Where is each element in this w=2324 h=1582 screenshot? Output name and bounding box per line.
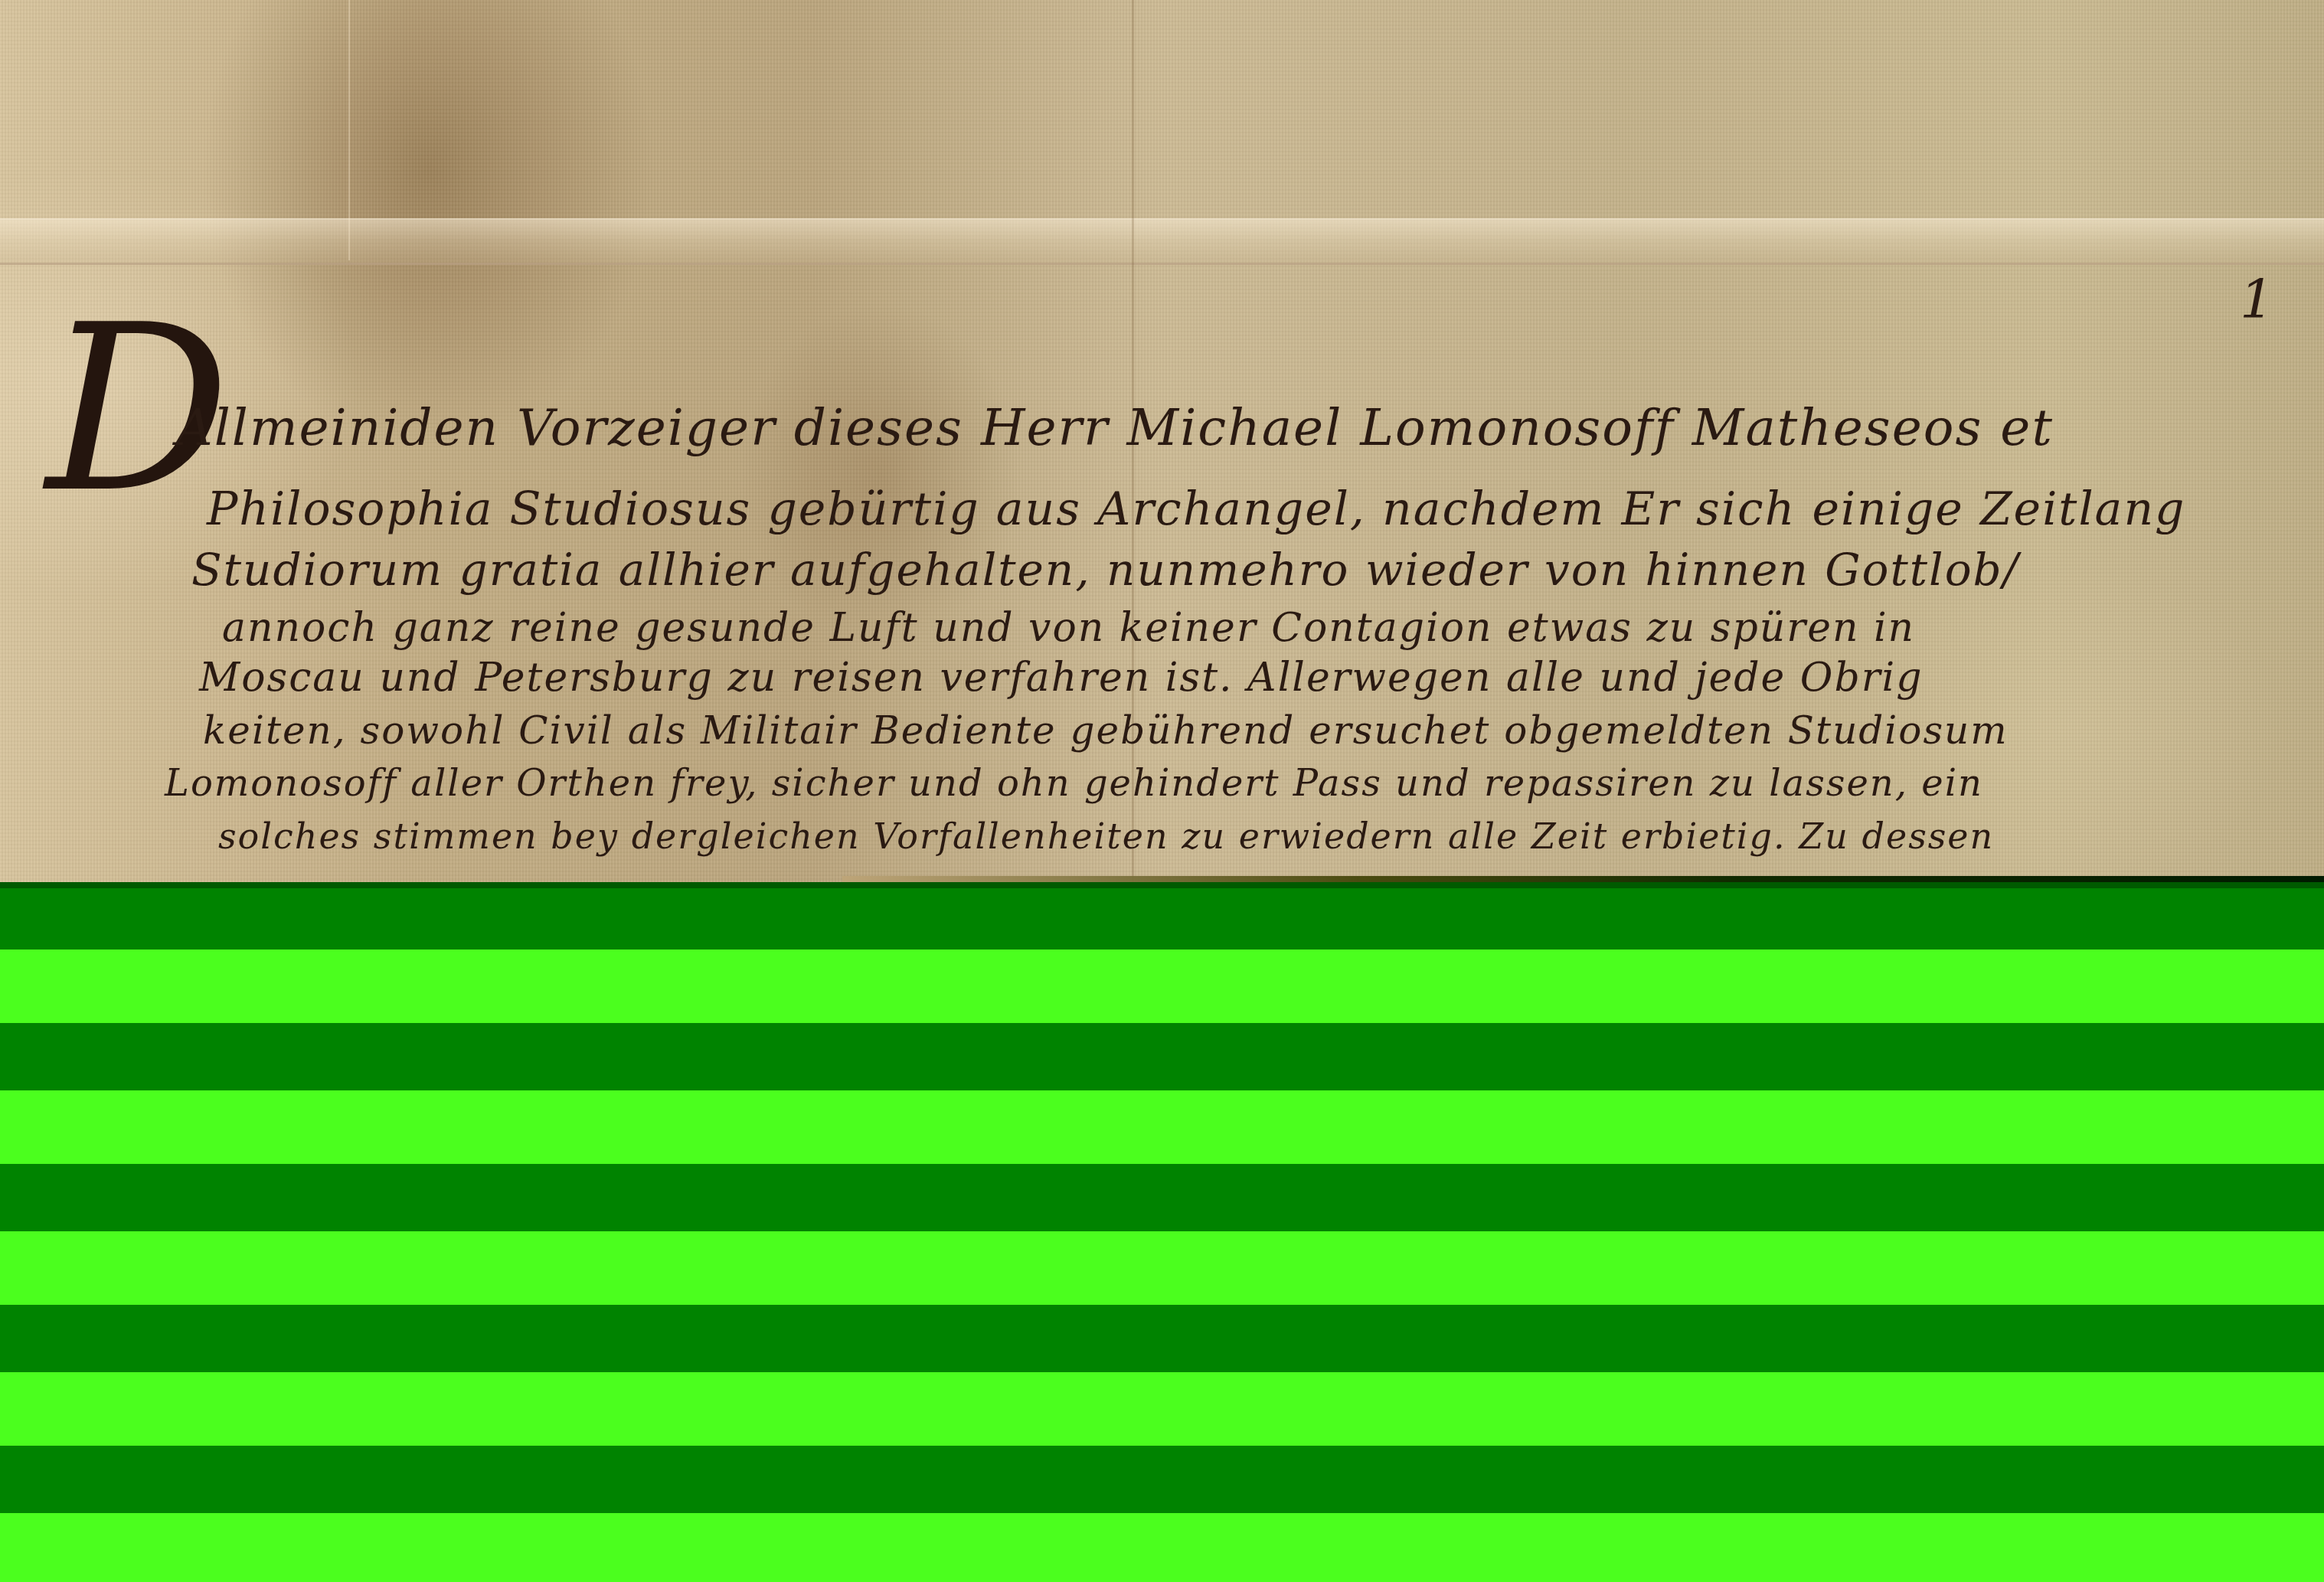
vertical-crease-left: [348, 0, 350, 260]
green-stripe-overlay: [0, 882, 2324, 1582]
stripe-dark-5: [0, 1446, 2324, 1513]
stripe-dark-1: [0, 888, 2324, 950]
stripe-dark-4: [0, 1305, 2324, 1372]
stripe-light-2: [0, 1090, 2324, 1164]
stripe-edge: [0, 882, 2324, 888]
manuscript-line-7: Lomonosoff aller Orthen frey, sicher und…: [165, 762, 1983, 805]
manuscript-line-6: keiten, sowohl Civil als Militair Bedien…: [203, 708, 2009, 753]
manuscript-line-5: Moscau und Petersburg zu reisen verfahre…: [199, 655, 1923, 701]
page-number: 1: [2240, 268, 2274, 331]
manuscript-line-3: Studiorum gratia allhier aufgehalten, nu…: [191, 544, 2019, 596]
stripe-dark-3: [0, 1164, 2324, 1231]
stripe-light-4: [0, 1372, 2324, 1446]
stripe-dark-2: [0, 1023, 2324, 1090]
manuscript-line-1: Allmeiniden Vorzeiger dieses Herr Michae…: [176, 398, 2054, 457]
manuscript-line-8: solches stimmen bey dergleichen Vorfalle…: [218, 816, 1994, 857]
overlay-seam: [842, 876, 2324, 882]
manuscript-paper: 1 D Allmeiniden Vorzeiger dieses Herr Mi…: [0, 0, 2324, 882]
manuscript-line-2: Philosophia Studiosus gebürtig aus Archa…: [207, 482, 2185, 536]
stripe-light-1: [0, 950, 2324, 1023]
stripe-light-5: [0, 1513, 2324, 1582]
manuscript-line-4: annoch ganz reine gesunde Luft und von k…: [222, 605, 1915, 651]
stripe-light-3: [0, 1231, 2324, 1305]
